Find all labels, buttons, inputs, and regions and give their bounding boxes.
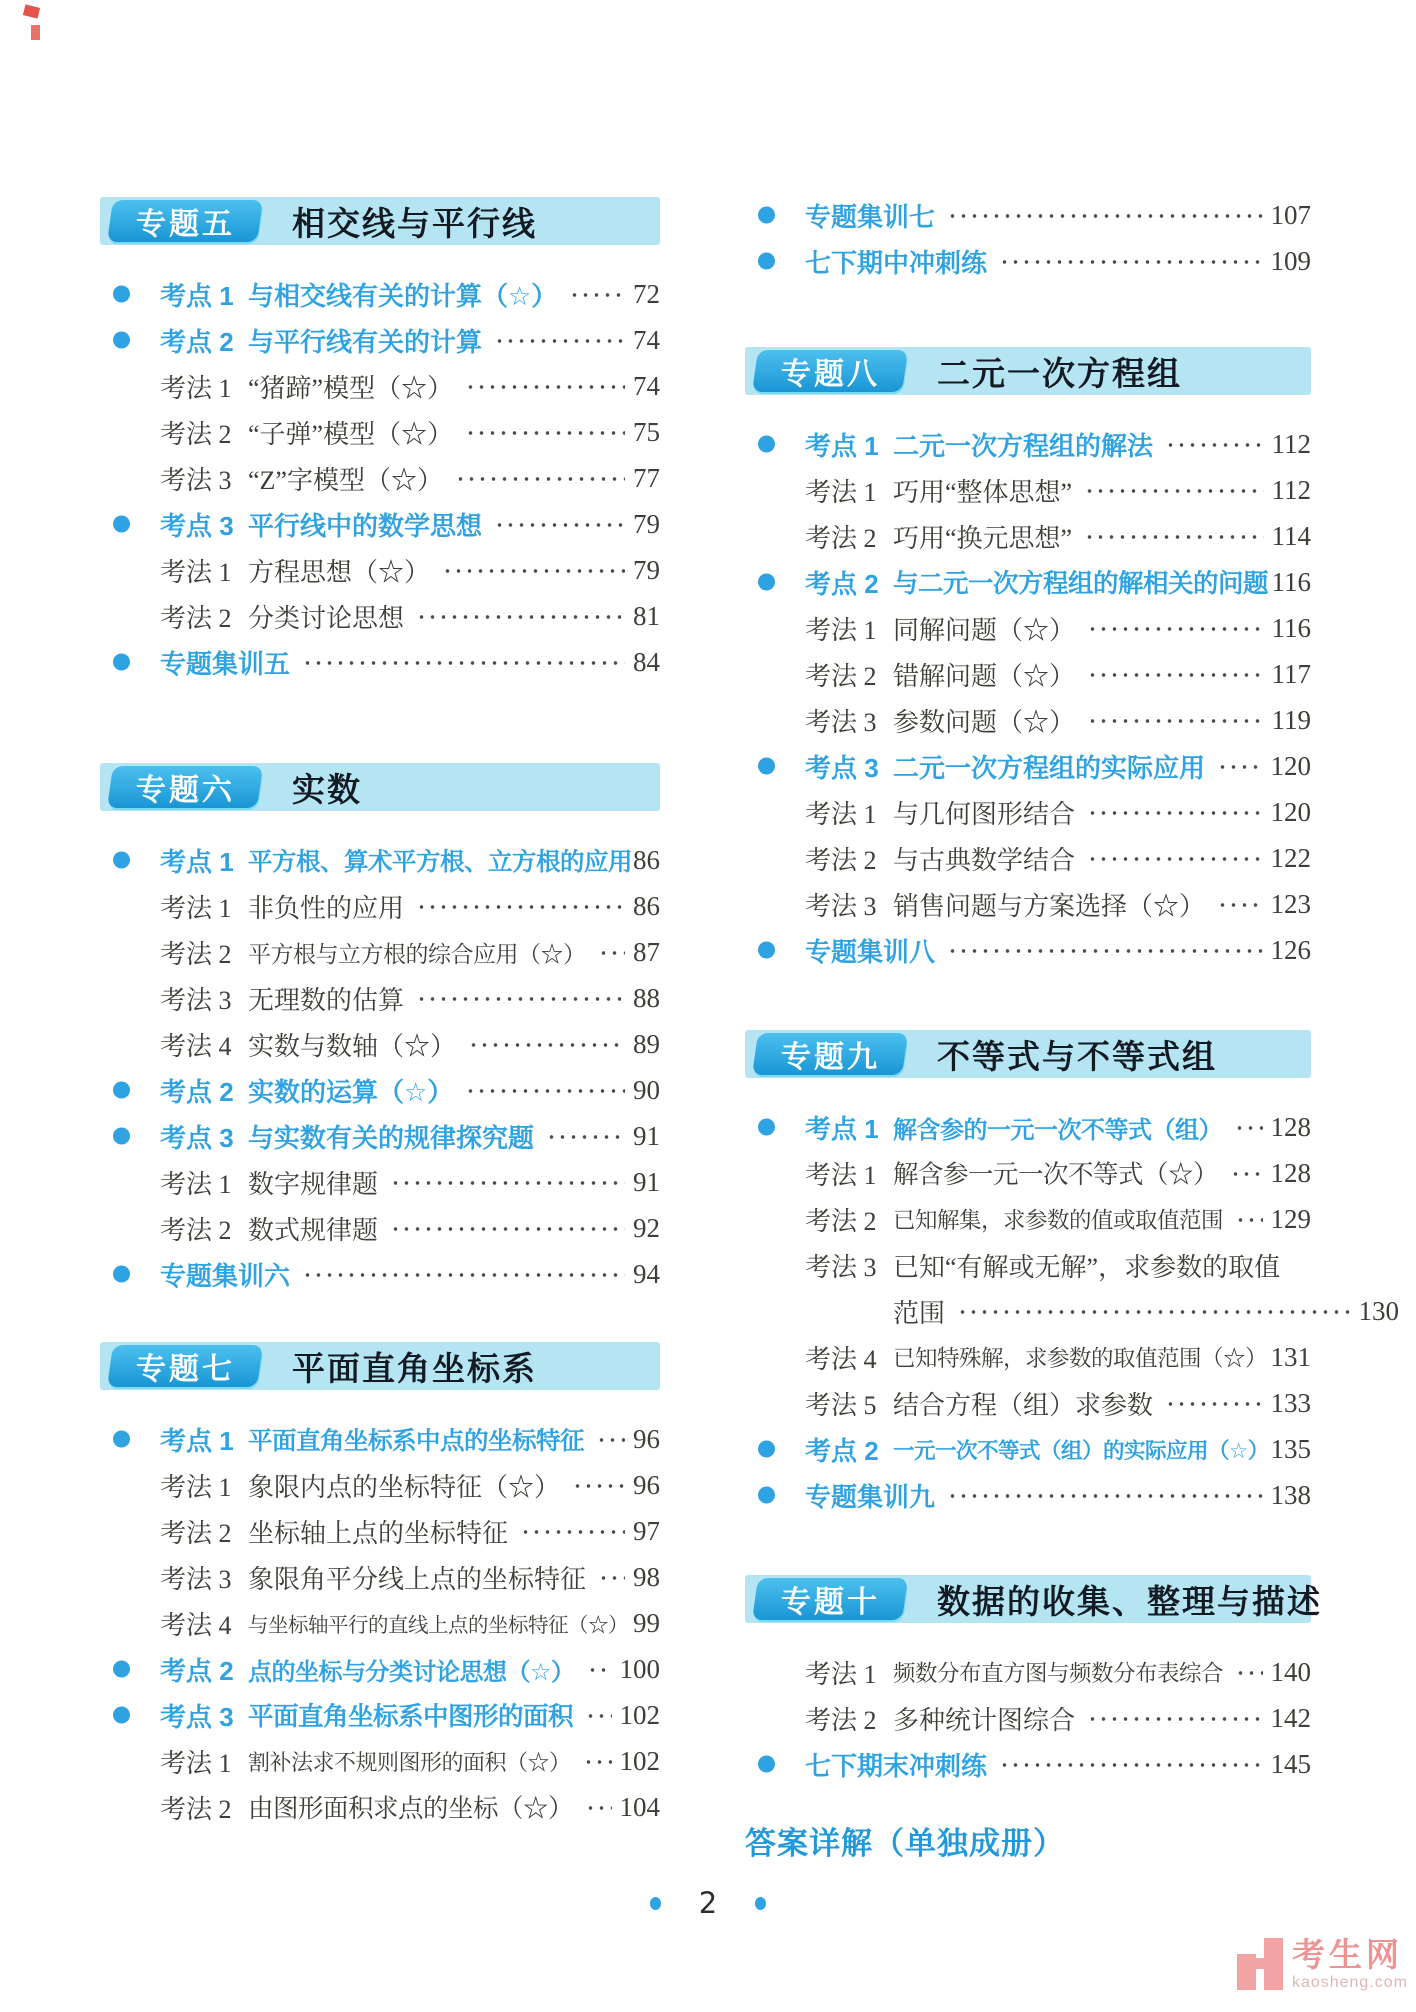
bullet-dot-icon xyxy=(113,1128,130,1145)
entry-title: 与几何图形结合 xyxy=(893,794,1075,831)
toc-entry-kaofa: 考法 2坐标轴上点的坐标特征97 xyxy=(100,1508,660,1554)
entry-page-number: 138 xyxy=(1271,1480,1312,1511)
bullet-dot-icon xyxy=(113,1082,130,1099)
entry-label: 考法 2 xyxy=(160,1513,248,1550)
bullet-dot-icon xyxy=(758,253,775,270)
dotted-leader xyxy=(416,901,625,913)
entry-page-number: 116 xyxy=(1272,613,1312,644)
dotted-leader xyxy=(957,1306,1350,1318)
entry-title: “猪蹄”模型（☆） xyxy=(248,368,453,405)
section-badge: 专题六 xyxy=(107,766,263,808)
entry-title: 范围 xyxy=(893,1293,945,1330)
section-badge-label: 专题八 xyxy=(781,349,880,393)
toc-entry-kaofa: 考法 1频数分布直方图与频数分布表综合140 xyxy=(745,1649,1311,1695)
entry-page-number: 84 xyxy=(633,647,660,678)
toc-entry-jixun: 七下期末冲刺练145 xyxy=(745,1741,1311,1787)
entry-label: 考法 1 xyxy=(160,888,248,925)
entry-page-number: 117 xyxy=(1272,659,1312,690)
entry-label: 考法 2 xyxy=(160,414,248,451)
dotted-leader xyxy=(598,1572,625,1584)
entry-page-number: 112 xyxy=(1272,475,1312,506)
entry-title: 数式规律题 xyxy=(248,1210,378,1247)
entry-page-number: 122 xyxy=(1271,843,1312,874)
entry-title: 数字规律题 xyxy=(248,1164,378,1201)
entry-page-number: 91 xyxy=(633,1167,660,1198)
entry-page-number: 86 xyxy=(633,891,660,922)
toc-entry-jixun: 专题集训八126 xyxy=(745,927,1311,973)
toc-entry-kaodian: 考点 1平方根、算术平方根、立方根的应用86 xyxy=(100,837,660,883)
scan-artifact xyxy=(31,25,40,40)
toc-entry-kaodian: 考点 1与相交线有关的计算（☆）72 xyxy=(100,271,660,317)
entry-title: 平方根与立方根的综合应用（☆） xyxy=(248,936,586,969)
toc-entry-kaofa: 考法 3销售问题与方案选择（☆）123 xyxy=(745,881,1311,927)
entry-title: 参数问题（☆） xyxy=(893,702,1075,739)
toc-entry-kaofa: 考法 2分类讨论思想81 xyxy=(100,593,660,639)
bullet-dot-icon xyxy=(758,1756,775,1773)
dotted-leader xyxy=(546,1131,625,1143)
dotted-leader xyxy=(416,993,625,1005)
entry-page-number: 94 xyxy=(633,1259,660,1290)
toc-entry-kaodian: 考点 3平面直角坐标系中图形的面积102 xyxy=(100,1692,660,1738)
entry-page-number: 74 xyxy=(633,371,660,402)
toc-entry-continuation: 范围130 xyxy=(745,1288,1399,1334)
entry-title: 分类讨论思想 xyxy=(248,598,404,635)
entry-label: 考法 1 xyxy=(160,1743,248,1780)
entry-title: 象限角平分线上点的坐标特征 xyxy=(248,1559,586,1596)
entry-title: 与实数有关的规律探究题 xyxy=(248,1118,534,1155)
entry-title: 实数与数轴（☆） xyxy=(248,1026,456,1063)
entry-label: 考法 1 xyxy=(160,1467,248,1504)
dotted-leader xyxy=(572,1480,625,1492)
toc-entry-kaofa: 考法 2“子弹”模型（☆）75 xyxy=(100,409,660,455)
entry-title: 巧用“整体思想” xyxy=(893,472,1072,509)
dotted-leader xyxy=(999,256,1262,268)
answers-note-block: 答案详解（单独成册） xyxy=(745,1818,1311,1863)
bullet-dot-icon xyxy=(758,574,775,591)
section-title: 不等式与不等式组 xyxy=(937,1031,1217,1078)
entry-page-number: 119 xyxy=(1272,705,1312,736)
toc-entry-kaodian: 考点 2与平行线有关的计算74 xyxy=(100,317,660,363)
entry-title: 已知“有解或无解”，求参数的取值 xyxy=(893,1247,1280,1284)
toc-entry-kaofa: 考法 1象限内点的坐标特征（☆）96 xyxy=(100,1462,660,1508)
entry-title: 二元一次方程组的解法 xyxy=(893,426,1153,463)
toc-entry-jixun: 专题集训七107 xyxy=(745,192,1311,238)
entry-page-number: 140 xyxy=(1271,1657,1312,1688)
section-title: 平面直角坐标系 xyxy=(292,1343,537,1390)
entry-title: 专题集训七 xyxy=(805,197,935,234)
scan-artifact xyxy=(23,4,40,18)
bullet-dot-icon xyxy=(113,1707,130,1724)
section-title: 相交线与平行线 xyxy=(292,198,537,245)
entry-label: 考点 2 xyxy=(805,564,893,601)
entry-page-number: 120 xyxy=(1271,751,1312,782)
toc-entry-kaofa: 考法 5结合方程（组）求参数133 xyxy=(745,1380,1311,1426)
section-badge-label: 专题五 xyxy=(136,199,235,243)
section-badge-label: 专题七 xyxy=(136,1344,235,1388)
dotted-leader xyxy=(442,565,625,577)
entry-label: 考法 1 xyxy=(805,794,893,831)
entry-page-number: 131 xyxy=(1271,1342,1312,1373)
entry-label: 考法 3 xyxy=(160,980,248,1017)
toc-entry-kaofa: 考法 1与几何图形结合120 xyxy=(745,789,1311,835)
entry-page-number: 91 xyxy=(633,1121,660,1152)
section-badge: 专题八 xyxy=(752,350,908,392)
entry-page-number: 145 xyxy=(1271,1749,1312,1780)
entry-label: 考点 1 xyxy=(160,1421,248,1458)
dotted-leader xyxy=(947,210,1262,222)
entry-label: 考法 1 xyxy=(805,1155,893,1192)
entry-title: 与坐标轴平行的直线上点的坐标特征（☆） xyxy=(248,1608,628,1638)
toc-entry-kaofa: 考法 2平方根与立方根的综合应用（☆）87 xyxy=(100,929,660,975)
toc-entry-kaofa: 考法 2已知解集，求参数的值或取值范围129 xyxy=(745,1196,1311,1242)
dotted-leader xyxy=(1087,1713,1262,1725)
section-badge: 专题七 xyxy=(107,1345,263,1387)
toc-entry-kaodian: 考点 2一元一次不等式（组）的实际应用（☆）135 xyxy=(745,1426,1311,1472)
toc-entry-kaofa: 考法 4与坐标轴平行的直线上点的坐标特征（☆）99 xyxy=(100,1600,660,1646)
toc-entry-jixun: 七下期中冲刺练109 xyxy=(745,238,1311,284)
entry-label: 考点 2 xyxy=(805,1431,893,1468)
toc-entry-kaofa: 考法 2错解问题（☆）117 xyxy=(745,651,1311,697)
section-title: 数据的收集、整理与描述 xyxy=(937,1576,1322,1623)
entry-page-number: 128 xyxy=(1271,1112,1312,1143)
dotted-leader xyxy=(1234,1122,1263,1134)
toc-section: 专题十数据的收集、整理与描述考法 1频数分布直方图与频数分布表综合140考法 2… xyxy=(745,1575,1311,1787)
kaosheng-logo-icon xyxy=(1237,1938,1283,1990)
bullet-dot-icon xyxy=(758,758,775,775)
toc-entry-kaodian: 考点 3二元一次方程组的实际应用120 xyxy=(745,743,1311,789)
section-badge-label: 专题十 xyxy=(781,1577,880,1621)
entry-title: 点的坐标与分类讨论思想（☆） xyxy=(248,1652,575,1687)
entry-title: 平方根、算术平方根、立方根的应用 xyxy=(248,843,632,878)
toc-entry-kaodian: 考点 1解含参的一元一次不等式（组）128 xyxy=(745,1104,1311,1150)
entry-label: 考点 2 xyxy=(160,1651,248,1688)
dotted-leader xyxy=(1235,1667,1262,1679)
entry-page-number: 99 xyxy=(633,1608,660,1639)
section-banner: 专题十数据的收集、整理与描述 xyxy=(745,1575,1311,1623)
toc-entry-kaodian: 考点 2与二元一次方程组的解相关的问题116 xyxy=(745,559,1311,605)
entry-title: 坐标轴上点的坐标特征 xyxy=(248,1513,508,1550)
toc-section: 专题五相交线与平行线考点 1与相交线有关的计算（☆）72考点 2与平行线有关的计… xyxy=(100,197,660,685)
entry-label: 考法 2 xyxy=(805,656,893,693)
dotted-leader xyxy=(390,1177,625,1189)
page-footer: 2 xyxy=(0,1886,1416,1920)
entry-title: 与二元一次方程组的解相关的问题 xyxy=(893,564,1268,600)
entry-title: 解含参的一元一次不等式（组） xyxy=(893,1110,1222,1145)
toc-column-left: 专题五相交线与平行线考点 1与相交线有关的计算（☆）72考点 2与平行线有关的计… xyxy=(100,197,660,1830)
entry-label: 考法 2 xyxy=(805,1201,893,1238)
entry-label: 考法 1 xyxy=(805,610,893,647)
entry-page-number: 142 xyxy=(1271,1703,1312,1734)
dotted-leader xyxy=(1217,899,1262,911)
bullet-dot-icon xyxy=(758,1441,775,1458)
entry-title: 结合方程（组）求参数 xyxy=(893,1385,1153,1422)
entry-title: 七下期末冲刺练 xyxy=(805,1746,987,1783)
dotted-leader xyxy=(302,1269,625,1281)
dotted-leader xyxy=(1235,1214,1262,1226)
bullet-dot-icon xyxy=(113,286,130,303)
entry-title: 专题集训九 xyxy=(805,1477,935,1514)
toc-column-right: 专题集训七107七下期中冲刺练109专题八二元一次方程组考点 1二元一次方程组的… xyxy=(745,192,1311,1863)
entry-page-number: 90 xyxy=(633,1075,660,1106)
entry-page-number: 107 xyxy=(1271,200,1312,231)
entry-label: 考法 3 xyxy=(160,460,248,497)
toc-section: 专题八二元一次方程组考点 1二元一次方程组的解法112考法 1巧用“整体思想”1… xyxy=(745,347,1311,973)
toc-entry-jixun: 专题集训六94 xyxy=(100,1251,660,1297)
entry-page-number: 100 xyxy=(620,1654,661,1685)
entry-page-number: 88 xyxy=(633,983,660,1014)
entry-label: 考法 5 xyxy=(805,1385,893,1422)
dotted-leader xyxy=(999,1759,1262,1771)
dotted-leader xyxy=(520,1526,625,1538)
toc-entry-kaofa: 考法 2数式规律题92 xyxy=(100,1205,660,1251)
toc-entry-kaofa: 考法 3参数问题（☆）119 xyxy=(745,697,1311,743)
toc-entry-kaodian: 考点 2实数的运算（☆）90 xyxy=(100,1067,660,1113)
entry-title: 与古典数学结合 xyxy=(893,840,1075,877)
entry-label: 考点 2 xyxy=(160,322,248,359)
entry-label: 考点 3 xyxy=(160,1697,248,1734)
entry-page-number: 133 xyxy=(1271,1388,1312,1419)
toc-entry-kaodian: 考点 3与实数有关的规律探究题91 xyxy=(100,1113,660,1159)
toc-section: 专题七平面直角坐标系考点 1平面直角坐标系中点的坐标特征96考法 1象限内点的坐… xyxy=(100,1342,660,1830)
entry-page-number: 75 xyxy=(633,417,660,448)
section-badge: 专题九 xyxy=(752,1033,908,1075)
entry-title: “Z”字模型（☆） xyxy=(248,460,443,497)
entry-page-number: 79 xyxy=(633,509,660,540)
dotted-leader xyxy=(1165,1398,1262,1410)
bullet-dot-icon xyxy=(758,436,775,453)
entry-page-number: 102 xyxy=(620,1700,661,1731)
entry-page-number: 96 xyxy=(633,1424,660,1455)
entry-page-number: 96 xyxy=(633,1470,660,1501)
entry-page-number: 135 xyxy=(1271,1434,1312,1465)
entry-label: 考点 3 xyxy=(160,506,248,543)
dotted-leader xyxy=(468,1039,625,1051)
watermark-brand: 考生网 xyxy=(1292,1938,1408,1971)
entry-title: “子弹”模型（☆） xyxy=(248,414,453,451)
toc-entry-kaofa: 考法 3“Z”字模型（☆）77 xyxy=(100,455,660,501)
entry-title: 销售问题与方案选择（☆） xyxy=(893,886,1205,923)
entry-label: 考法 3 xyxy=(805,886,893,923)
toc-entry-kaofa: 考法 2多种统计图综合142 xyxy=(745,1695,1311,1741)
entry-title: 非负性的应用 xyxy=(248,888,404,925)
entry-title: 二元一次方程组的实际应用 xyxy=(893,748,1205,785)
dotted-leader xyxy=(416,611,625,623)
dotted-leader xyxy=(947,1490,1262,1502)
toc-entry-jixun: 专题集训九138 xyxy=(745,1472,1311,1518)
dotted-leader xyxy=(465,427,625,439)
dotted-leader xyxy=(1087,853,1262,865)
entry-label: 考法 2 xyxy=(160,1789,248,1826)
dotted-leader xyxy=(1084,531,1263,543)
entry-label: 考法 1 xyxy=(805,472,893,509)
dotted-leader xyxy=(1087,715,1263,727)
dotted-leader xyxy=(598,947,626,959)
section-banner: 专题六实数 xyxy=(100,763,660,811)
entry-page-number: 72 xyxy=(633,279,660,310)
entry-label: 考法 2 xyxy=(805,840,893,877)
entry-title: 解含参一元一次不等式（☆） xyxy=(893,1155,1218,1191)
entry-label: 考法 2 xyxy=(805,1700,893,1737)
section-title: 实数 xyxy=(292,764,362,811)
dotted-leader xyxy=(465,381,625,393)
entry-label: 考法 2 xyxy=(160,598,248,635)
entry-page-number: 81 xyxy=(633,601,660,632)
toc-page: 专题五相交线与平行线考点 1与相交线有关的计算（☆）72考点 2与平行线有关的计… xyxy=(0,0,1416,2012)
section-title: 二元一次方程组 xyxy=(937,348,1182,395)
entry-label: 考点 1 xyxy=(160,842,248,879)
toc-entry-jixun: 专题集训五84 xyxy=(100,639,660,685)
entry-title: 象限内点的坐标特征（☆） xyxy=(248,1467,560,1504)
toc-entry-kaofa: 考法 1“猪蹄”模型（☆）74 xyxy=(100,363,660,409)
entry-page-number: 89 xyxy=(633,1029,660,1060)
bullet-dot-icon xyxy=(113,852,130,869)
bullet-dot-icon xyxy=(758,1119,775,1136)
dotted-leader xyxy=(1087,669,1263,681)
dotted-leader xyxy=(947,945,1262,957)
entry-title: 由图形面积求点的坐标（☆） xyxy=(248,1789,573,1825)
entry-page-number: 104 xyxy=(620,1792,661,1823)
dotted-leader xyxy=(569,289,625,301)
entry-title: 与平行线有关的计算 xyxy=(248,322,482,359)
entry-page-number: 98 xyxy=(633,1562,660,1593)
toc-entry-kaofa: 考法 1巧用“整体思想”112 xyxy=(745,467,1311,513)
dotted-leader xyxy=(1084,485,1263,497)
section-banner: 专题八二元一次方程组 xyxy=(745,347,1311,395)
entry-title: 专题集训八 xyxy=(805,932,935,969)
entry-title: 平面直角坐标系中图形的面积 xyxy=(248,1697,573,1733)
entry-label: 考点 1 xyxy=(805,1109,893,1146)
section-banner: 专题七平面直角坐标系 xyxy=(100,1342,660,1390)
footer-dot-icon xyxy=(650,1897,661,1910)
section-banner: 专题九不等式与不等式组 xyxy=(745,1030,1311,1078)
entry-label: 考法 3 xyxy=(805,702,893,739)
entry-label: 考法 2 xyxy=(805,518,893,555)
entry-page-number: 129 xyxy=(1271,1204,1312,1235)
entry-title: 专题集训六 xyxy=(160,1256,290,1293)
toc-entry-kaofa: 考法 1非负性的应用86 xyxy=(100,883,660,929)
dotted-leader xyxy=(455,473,625,485)
entry-label: 考法 2 xyxy=(160,934,248,971)
toc-entry-kaofa: 考法 1数字规律题91 xyxy=(100,1159,660,1205)
toc-item-group: 专题集训七107七下期中冲刺练109 xyxy=(745,192,1311,284)
dotted-leader xyxy=(585,1802,611,1814)
entry-label: 考点 1 xyxy=(160,276,248,313)
toc-entry-kaofa: 考法 1方程思想（☆）79 xyxy=(100,547,660,593)
dotted-leader xyxy=(465,1085,625,1097)
answers-note: 答案详解（单独成册） xyxy=(745,1818,1311,1863)
entry-label: 考法 3 xyxy=(805,1247,893,1284)
entry-page-number: 87 xyxy=(633,937,660,968)
dotted-leader xyxy=(1165,439,1263,451)
entry-title: 无理数的估算 xyxy=(248,980,404,1017)
bullet-dot-icon xyxy=(113,1661,130,1678)
entry-page-number: 77 xyxy=(633,463,660,494)
section-badge: 专题五 xyxy=(107,200,263,242)
dotted-leader xyxy=(390,1223,625,1235)
entry-title: 已知解集，求参数的值或取值范围 xyxy=(893,1203,1223,1235)
entry-label: 考点 3 xyxy=(160,1118,248,1155)
bullet-dot-icon xyxy=(113,332,130,349)
dotted-leader xyxy=(302,657,625,669)
entry-label: 考法 2 xyxy=(160,1210,248,1247)
entry-label: 考点 1 xyxy=(805,426,893,463)
toc-entry-kaofa: 考法 2由图形面积求点的坐标（☆）104 xyxy=(100,1784,660,1830)
entry-title: 巧用“换元思想” xyxy=(893,518,1072,555)
entry-title: 方程思想（☆） xyxy=(248,552,430,589)
entry-title: 与相交线有关的计算（☆） xyxy=(248,276,557,313)
section-badge-label: 专题九 xyxy=(781,1032,880,1076)
bullet-dot-icon xyxy=(758,1487,775,1504)
toc-entry-kaofa: 考法 1割补法求不规则图形的面积（☆）102 xyxy=(100,1738,660,1784)
bullet-dot-icon xyxy=(758,207,775,224)
section-badge-label: 专题六 xyxy=(136,765,235,809)
entry-page-number: 102 xyxy=(620,1746,661,1777)
entry-page-number: 130 xyxy=(1359,1296,1400,1327)
kaosheng-watermark: 考生网 kaosheng.com xyxy=(1237,1938,1408,1992)
entry-title: 平面直角坐标系中点的坐标特征 xyxy=(248,1422,584,1457)
entry-page-number: 112 xyxy=(1272,429,1312,460)
toc-section: 专题九不等式与不等式组考点 1解含参的一元一次不等式（组）128考法 1解含参一… xyxy=(745,1030,1311,1518)
entry-page-number: 109 xyxy=(1271,246,1312,277)
dotted-leader xyxy=(1230,1168,1262,1180)
entry-label: 考法 1 xyxy=(160,1164,248,1201)
bullet-dot-icon xyxy=(113,1266,130,1283)
section-badge: 专题十 xyxy=(752,1578,908,1620)
toc-entry-kaofa: 考法 4已知特殊解，求参数的取值范围（☆）131 xyxy=(745,1334,1311,1380)
dotted-leader xyxy=(494,519,625,531)
entry-title: 专题集训五 xyxy=(160,644,290,681)
section-banner: 专题五相交线与平行线 xyxy=(100,197,660,245)
watermark-domain: kaosheng.com xyxy=(1292,1974,1408,1992)
toc-entry-kaofa: 考法 3已知“有解或无解”，求参数的取值 xyxy=(745,1242,1311,1288)
toc-entry-kaofa: 考法 3象限角平分线上点的坐标特征98 xyxy=(100,1554,660,1600)
dotted-leader xyxy=(585,1710,611,1722)
toc-entry-kaofa: 考法 4实数与数轴（☆）89 xyxy=(100,1021,660,1067)
entry-title: 七下期中冲刺练 xyxy=(805,243,987,280)
entry-page-number: 114 xyxy=(1272,521,1312,552)
toc-section: 专题六实数考点 1平方根、算术平方根、立方根的应用86考法 1非负性的应用86考… xyxy=(100,763,660,1297)
entry-page-number: 126 xyxy=(1271,935,1312,966)
footer-dot-icon xyxy=(755,1897,766,1910)
entry-page-number: 97 xyxy=(633,1516,660,1547)
entry-label: 考法 1 xyxy=(160,368,248,405)
entry-label: 考法 4 xyxy=(160,1026,248,1063)
toc-entry-kaodian: 考点 2点的坐标与分类讨论思想（☆）100 xyxy=(100,1646,660,1692)
entry-title: 错解问题（☆） xyxy=(893,656,1075,693)
dotted-leader xyxy=(494,335,625,347)
dotted-leader xyxy=(1087,623,1263,635)
dotted-leader xyxy=(1217,761,1262,773)
entry-page-number: 123 xyxy=(1271,889,1312,920)
entry-page-number: 79 xyxy=(633,555,660,586)
entry-title: 一元一次不等式（组）的实际应用（☆） xyxy=(893,1434,1269,1465)
entry-page-number: 74 xyxy=(633,325,660,356)
entry-label: 考法 3 xyxy=(160,1559,248,1596)
entry-title: 已知特殊解，求参数的取值范围（☆） xyxy=(893,1341,1267,1373)
toc-entry-kaofa: 考法 3无理数的估算88 xyxy=(100,975,660,1021)
entry-label: 考法 1 xyxy=(805,1654,893,1691)
dotted-leader xyxy=(1087,807,1262,819)
dotted-leader xyxy=(583,1756,612,1768)
toc-entry-kaodian: 考点 3平行线中的数学思想79 xyxy=(100,501,660,547)
entry-page-number: 116 xyxy=(1272,567,1312,598)
entry-page-number: 120 xyxy=(1271,797,1312,828)
entry-label: 考法 4 xyxy=(160,1605,248,1642)
entry-title: 割补法求不规则图形的面积（☆） xyxy=(248,1746,571,1777)
entry-label: 考法 1 xyxy=(160,552,248,589)
dotted-leader xyxy=(587,1664,612,1676)
dotted-leader xyxy=(596,1434,625,1446)
